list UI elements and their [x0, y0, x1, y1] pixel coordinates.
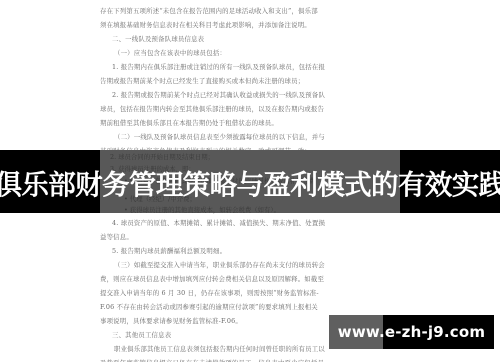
doc-subheading: （三）如截至提交准入申请当年，职业俱乐部仍存在尚未支付的球员转会: [114, 258, 325, 272]
doc-line: 期前租借至其他俱乐部且在本报告期仍处于租借状态的球员。: [100, 116, 278, 130]
doc-line: 益等信息。: [100, 230, 133, 244]
doc-line: 职业俱乐部其他员工信息表须包括报告期内任何时间曾任职的所有员工以: [114, 342, 325, 356]
doc-section-heading: 三、其他员工信息表: [112, 328, 171, 342]
doc-line: 事项说明，具体要求请参见财务监管标准-F.06。: [100, 314, 242, 328]
doc-line: 4. 球员资产的原值、本期摊销、累计摊销、减值损失、期末净值、处置损: [112, 216, 325, 230]
article-title: 足球俱乐部财务管理策略与盈利模式的有效实践探讨: [0, 150, 500, 213]
doc-line: 及截至年度监管信息提交日仍存在未清偿款项的员工。信息表中至少应包括员: [100, 356, 324, 362]
doc-line: 存在下列第五项所述“未包含在报告范围内的足球活动收入和支出”，俱乐部: [100, 4, 318, 18]
doc-line: 2. 报告期或报告期前某个时点已经对其确认收益或损失的一线队及预备队: [112, 88, 325, 102]
doc-line: F.06 不存在由转会活动或因参赛引起的逾期应付款项”的要求填列上报相关: [100, 300, 318, 314]
doc-line: 球员，包括在报告期内转会至其他俱乐部注册的球员，以及在报告期内或报告: [100, 102, 324, 116]
doc-line: 提交准入申请当年的 6 月 30 日，仍存在该事项，则需按照“财务监管标准-: [100, 286, 319, 300]
doc-section-heading: 二、一线队及预备队球员信息表: [112, 32, 204, 46]
doc-line: 告期或报告期前某个时点已经发生了直接购买或本但尚未注册的球员；: [100, 74, 304, 88]
watermark-url: www.e-zh-j9.com: [329, 315, 494, 349]
doc-line: 须在填报基础财务信息表时在相关科目考虑此项影响，并添加备注说明。: [100, 18, 311, 32]
doc-line: 费，则应在球员信息表中增加填列应付转会费相关信息以及原因解释。如截至: [100, 272, 324, 286]
doc-line: 5. 报告期内球员薪酬福利总额及明细。: [112, 244, 226, 258]
doc-subheading: （二）一线队及预备队球员信息表至少须披露每位球员的以下信息，并与: [114, 130, 325, 144]
doc-subheading: （一）应当包含在该表中的球员包括：: [114, 46, 226, 60]
doc-line: 1. 报告期内在俱乐部注册或注销过的所有一线队及预备队球员，包括在报: [112, 60, 325, 74]
